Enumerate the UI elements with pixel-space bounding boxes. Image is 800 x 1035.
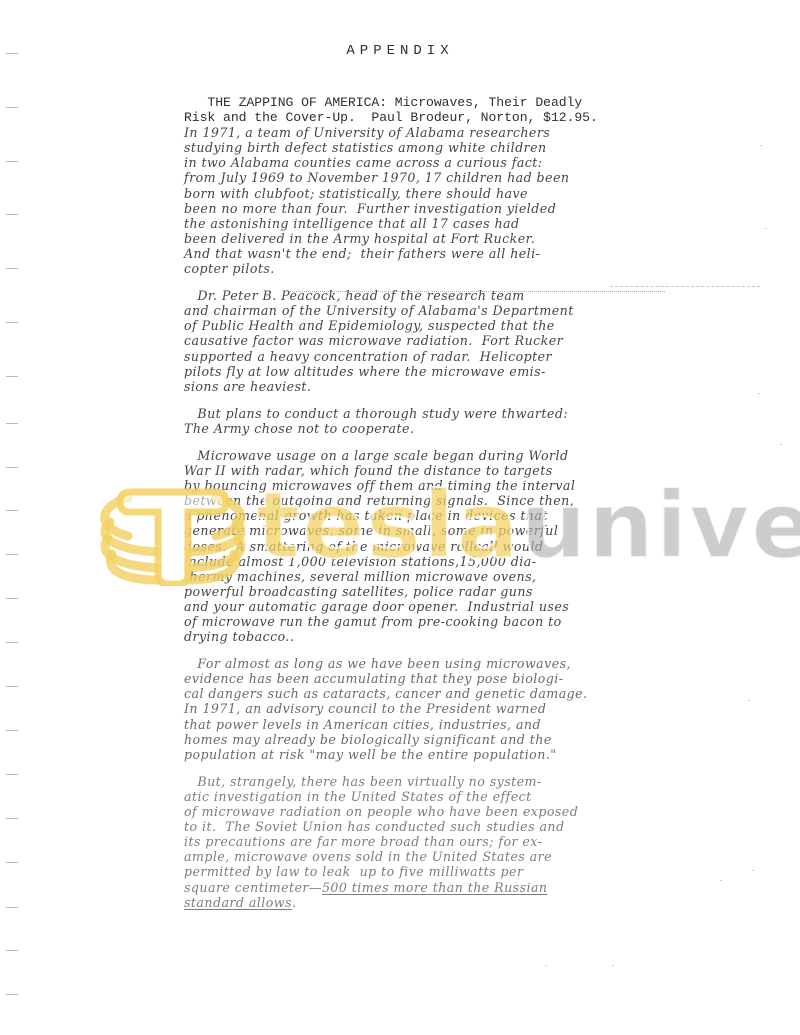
text-line: atic investigation in the United States … <box>184 789 644 804</box>
paragraph: For almost as long as we have been using… <box>184 656 644 762</box>
margin-tick-mark <box>6 950 18 951</box>
text-line: from July 1969 to November 1970, 17 chil… <box>184 170 644 185</box>
paragraph-gap <box>184 276 644 288</box>
text-line: And that wasn't the end; their fathers w… <box>184 246 644 261</box>
paragraph-gap <box>184 762 644 774</box>
text-line: Dr. Peter B. Peacock, head of the resear… <box>184 288 644 303</box>
margin-tick-mark <box>6 818 18 819</box>
margin-tick-mark <box>6 994 18 995</box>
text-line: In 1971, a team of University of Alabama… <box>184 125 644 140</box>
text-line: permitted by law to leak up to five mill… <box>184 864 644 879</box>
text-line: of Public Health and Epidemiology, suspe… <box>184 318 644 333</box>
underlined-emphasis: standard allows <box>184 895 292 910</box>
text-line: In 1971, an advisory council to the Pres… <box>184 701 644 716</box>
text-line: cal dangers such as cataracts, cancer an… <box>184 686 644 701</box>
text-line: supported a heavy concentration of radar… <box>184 349 644 364</box>
text-line: powerful broadcasting satellites, police… <box>184 584 644 599</box>
text-line: pilots fly at low altitudes where the mi… <box>184 364 644 379</box>
text-line: born with clubfoot; statistically, there… <box>184 186 644 201</box>
text-line: evidence has been accumulating that they… <box>184 671 644 686</box>
margin-tick-mark <box>6 376 18 377</box>
text-line: doses. A smattering of the microwave rol… <box>184 539 644 554</box>
margin-tick-mark <box>6 510 18 511</box>
text-line: that power levels in American cities, in… <box>184 717 644 732</box>
text-line: thermy machines, several million microwa… <box>184 569 644 584</box>
review-body: THE ZAPPING OF AMERICA: Microwaves, Thei… <box>184 95 644 910</box>
text-line: include almost 1,000 television stations… <box>184 554 644 569</box>
text-line: of microwave run the gamut from pre-cook… <box>184 614 644 629</box>
margin-tick-mark <box>6 423 18 424</box>
text-line: generate microwaves, some in small, some… <box>184 523 644 538</box>
paragraph: THE ZAPPING OF AMERICA: Microwaves, Thei… <box>184 95 644 276</box>
paragraph: Dr. Peter B. Peacock, head of the resear… <box>184 288 644 394</box>
margin-tick-mark <box>6 161 18 162</box>
margin-tick-mark <box>6 862 18 863</box>
text-line: population at risk "may well be the enti… <box>184 747 644 762</box>
paragraph: But, strangely, there has been virtually… <box>184 774 644 910</box>
margin-tick-mark <box>6 322 18 323</box>
paragraph-gap <box>184 436 644 448</box>
text-line: been no more than four. Further investig… <box>184 201 644 216</box>
text-line: causative factor was microwave radiation… <box>184 333 644 348</box>
text-line: by bouncing microwaves off them and timi… <box>184 478 644 493</box>
text-line: For almost as long as we have been using… <box>184 656 644 671</box>
underlined-emphasis: 500 times more than the Russian <box>322 880 548 895</box>
margin-tick-mark <box>6 642 18 643</box>
margin-tick-mark <box>6 686 18 687</box>
text-line: square centimeter—500 times more than th… <box>184 880 644 895</box>
text-line: a phenomenal growth has taken place in d… <box>184 508 644 523</box>
text-line: THE ZAPPING OF AMERICA: Microwaves, Thei… <box>184 95 644 110</box>
text-line: ample, microwave ovens sold in the Unite… <box>184 849 644 864</box>
scanned-document-page: APPENDIX THE ZAPPING OF AMERICA: Microwa… <box>0 0 800 1035</box>
paragraph-gap <box>184 394 644 406</box>
margin-tick-mark <box>6 554 18 555</box>
text-line: sions are heaviest. <box>184 379 644 394</box>
paragraph-gap <box>184 644 644 656</box>
text-line: and chairman of the University of Alabam… <box>184 303 644 318</box>
text-line: copter pilots. <box>184 261 644 276</box>
text-line: drying tobacco.. <box>184 629 644 644</box>
margin-tick-mark <box>6 907 18 908</box>
text-line: to it. The Soviet Union has conducted su… <box>184 819 644 834</box>
left-margin-guide-marks <box>6 0 20 1035</box>
paragraph: Microwave usage on a large scale began d… <box>184 448 644 644</box>
text-line: and your automatic garage door opener. I… <box>184 599 644 614</box>
text-line: been delivered in the Army hospital at F… <box>184 231 644 246</box>
paragraph: But plans to conduct a thorough study we… <box>184 406 644 436</box>
text-line: The Army chose not to cooperate. <box>184 421 644 436</box>
text-line: homes may already be biologically signif… <box>184 732 644 747</box>
text-line: War II with radar, which found the dista… <box>184 463 644 478</box>
text-line: Risk and the Cover-Up. Paul Brodeur, Nor… <box>184 110 644 125</box>
margin-tick-mark <box>6 214 18 215</box>
margin-tick-mark <box>6 107 18 108</box>
margin-tick-mark <box>6 268 18 269</box>
text-line: But plans to conduct a thorough study we… <box>184 406 644 421</box>
margin-tick-mark <box>6 598 18 599</box>
text-line: its precautions are far more broad than … <box>184 834 644 849</box>
text-line: standard allows. <box>184 895 644 910</box>
margin-tick-mark <box>6 774 18 775</box>
margin-tick-mark <box>6 467 18 468</box>
text-line: studying birth defect statistics among w… <box>184 140 644 155</box>
margin-tick-mark <box>6 730 18 731</box>
text-line: But, strangely, there has been virtually… <box>184 774 644 789</box>
page-heading: APPENDIX <box>0 43 800 59</box>
text-line: of microwave radiation on people who hav… <box>184 804 644 819</box>
text-line: between the outgoing and returning signa… <box>184 493 644 508</box>
text-line: Microwave usage on a large scale began d… <box>184 448 644 463</box>
text-line: the astonishing intelligence that all 17… <box>184 216 644 231</box>
text-line: in two Alabama counties came across a cu… <box>184 155 644 170</box>
